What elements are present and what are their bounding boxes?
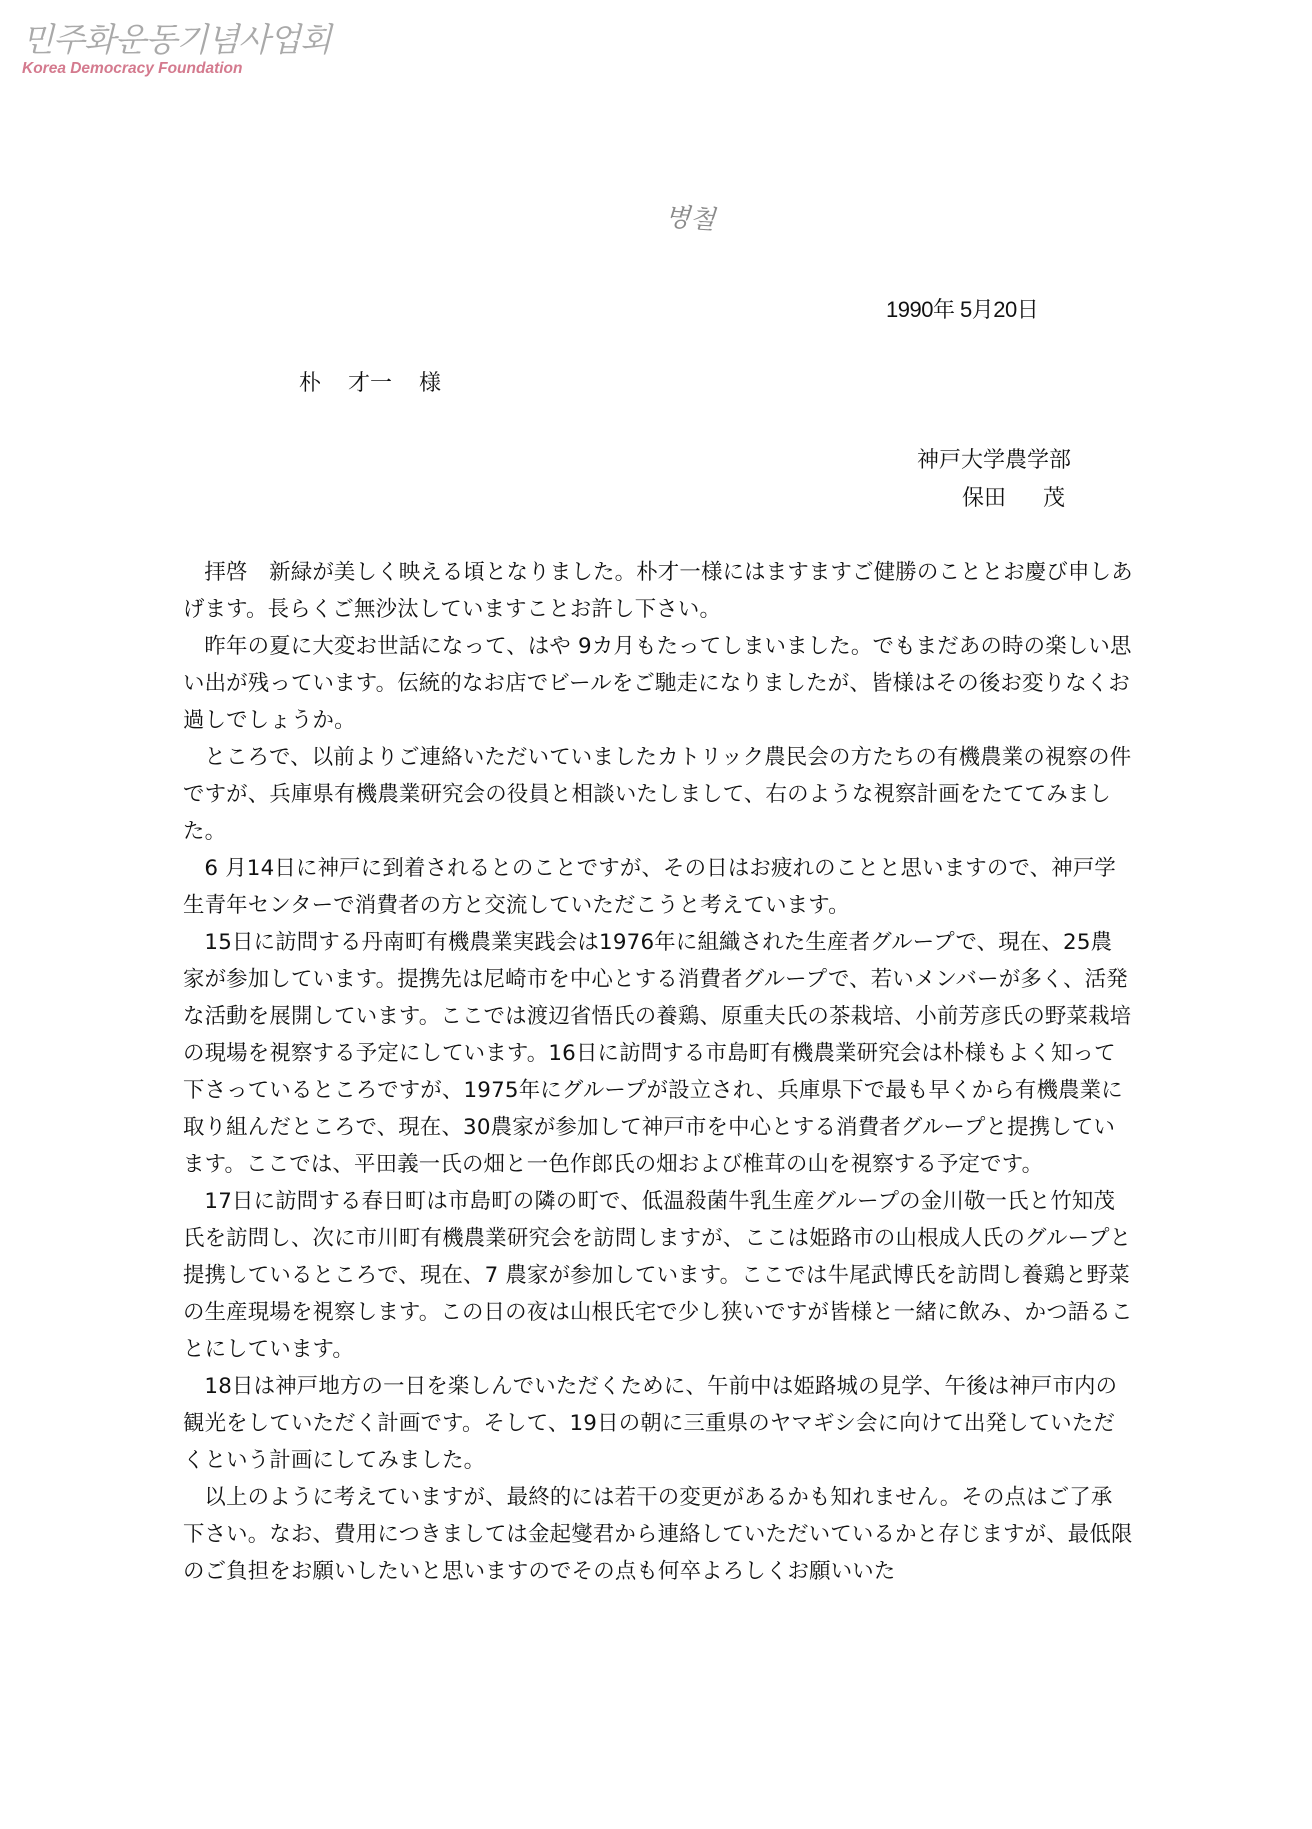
paragraph: 拝啓 新緑が美しく映える頃となりました。朴才一様にはますますご健勝のこととお慶び… <box>183 554 1133 628</box>
addressee: 朴 才一 様 <box>299 366 441 397</box>
paragraph: 6 月14日に神戸に到着されるとのことですが、その日はお疲れのことと思いますので… <box>183 850 1133 924</box>
paragraph: 昨年の夏に大変お世話になって、はや 9カ月もたってしまいました。でもまだあの時の… <box>183 628 1133 739</box>
watermark-english: Korea Democracy Foundation <box>22 60 331 78</box>
letter-body: 拝啓 新緑が美しく映える頃となりました。朴才一様にはますますご健勝のこととお慶び… <box>183 554 1133 1590</box>
sender-affiliation: 神戸大学農学部 <box>917 442 1071 480</box>
paragraph: 15日に訪問する丹南町有機農業実践会は1976年に組織された生産者グループで、現… <box>183 924 1133 1183</box>
paragraph: 17日に訪問する春日町は市島町の隣の町で、低温殺菌牛乳生産グループの金川敬一氏と… <box>183 1183 1133 1368</box>
sender-block: 神戸大学農学部 保田 茂 <box>917 442 1071 518</box>
foundation-watermark: 민주화운동기념사업회 Korea Democracy Foundation <box>22 22 331 78</box>
paragraph: 18日は神戸地方の一日を楽しんでいただくために、午前中は姫路城の見学、午後は神戸… <box>183 1368 1133 1479</box>
letter-date: 1990年 5月20日 <box>886 293 1038 324</box>
paragraph: ところで、以前よりご連絡いただいていましたカトリック農民会の方たちの有機農業の視… <box>183 739 1133 850</box>
handwritten-note: 병철 <box>664 196 717 236</box>
sender-name: 保田 茂 <box>917 480 1071 518</box>
watermark-korean: 민주화운동기념사업회 <box>22 22 331 58</box>
paragraph: 以上のように考えていますが、最終的には若干の変更があるかも知れません。その点はご… <box>183 1479 1133 1590</box>
